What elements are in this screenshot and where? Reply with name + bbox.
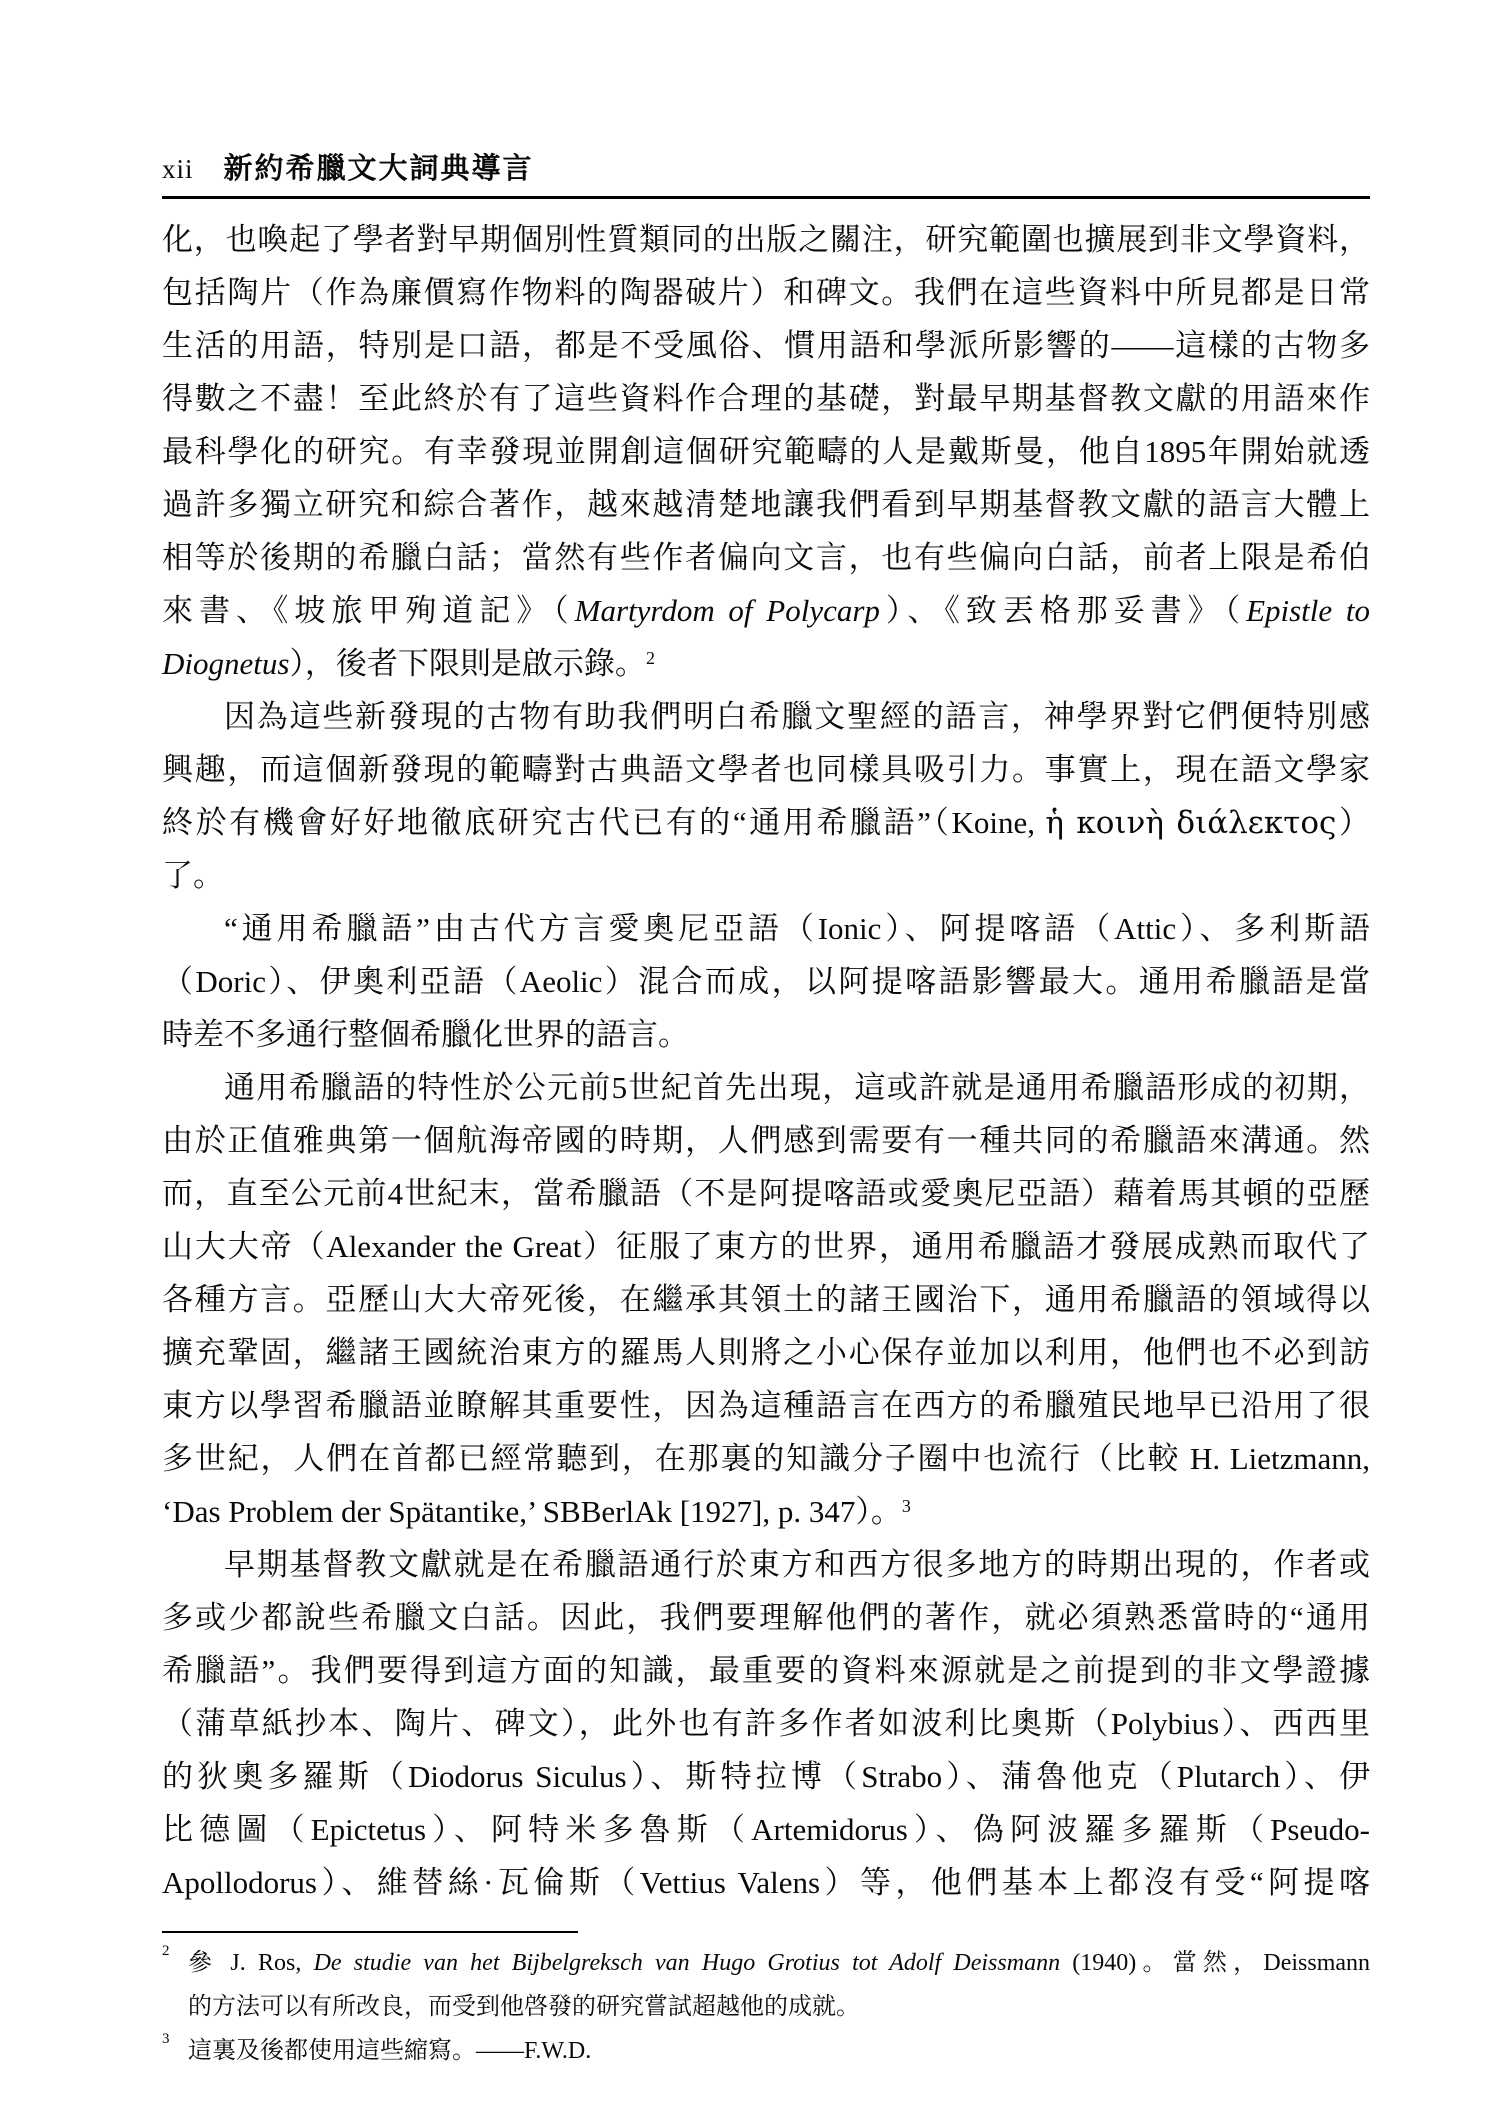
text-line: 多或少都說些希臘文白話。因此，我們要理解他們的著作，就必須熟悉當時的“通用	[162, 1591, 1370, 1644]
text-line: 參 J. Ros, De studie van het Bijbelgreksc…	[188, 1941, 1370, 1985]
text-segment: 因為這些新發現的古物有助我們明白希臘文聖經的語言，神學界對它們便特別感	[224, 699, 1370, 734]
text-segment: 的狄奧多羅斯（Diodorus Siculus）、斯特拉博（Strabo）、蒲魯…	[162, 1759, 1370, 1794]
running-header: xii 新約希臘文大詞典導言	[162, 146, 1370, 199]
text-line: 擴充鞏固，繼諸王國統治東方的羅馬人則將之小心保存並加以利用，他們也不必到訪	[162, 1326, 1370, 1379]
text-segment: 終於有機會好好地徹底研究古代已有的“通用希臘語”（Koine,	[162, 805, 1045, 840]
text-line: ‘Das Problem der Spätantike,’ SBBerlAk […	[162, 1485, 1370, 1538]
text-segment: 山大大帝（Alexander the Great）征服了東方的世界，通用希臘語才…	[162, 1229, 1370, 1264]
text-segment: 化，也喚起了學者對早期個別性質類同的出版之關注，研究範圍也擴展到非文學資料，	[162, 222, 1370, 257]
footnote: 2參 J. Ros, De studie van het Bijbelgreks…	[162, 1941, 1370, 2029]
text-segment: Diognetus	[162, 646, 289, 681]
text-segment: 擴充鞏固，繼諸王國統治東方的羅馬人則將之小心保存並加以利用，他們也不必到訪	[162, 1335, 1370, 1370]
text-line: 過許多獨立研究和綜合著作，越來越清楚地讓我們看到早期基督教文獻的語言大體上	[162, 478, 1370, 531]
text-segment: 的方法可以有所改良，而受到他啓發的研究嘗試超越他的成就。	[188, 1994, 860, 2020]
text-segment: De studie van het Bijbelgreksch van Hugo…	[314, 1950, 1061, 1976]
text-line: 的方法可以有所改良，而受到他啓發的研究嘗試超越他的成就。	[188, 1985, 1370, 2029]
text-line: 希臘語”。我們要得到這方面的知識，最重要的資料來源就是之前提到的非文學證據	[162, 1644, 1370, 1697]
document-title: 新約希臘文大詞典導言	[224, 146, 534, 187]
paragraph: 通用希臘語的特性於公元前5世紀首先出現，這或許就是通用希臘語形成的初期，由於正值…	[162, 1061, 1370, 1538]
text-segment: ）	[1336, 805, 1370, 840]
paragraph: 早期基督教文獻就是在希臘語通行於東方和西方很多地方的時期出現的，作者或多或少都說…	[162, 1538, 1370, 1909]
text-segment: 比德圖（Epictetus）、阿特米多魯斯（Artemidorus）、偽阿波羅多…	[162, 1812, 1370, 1847]
text-line: 來書、《坡旅甲殉道記》（Martyrdom of Polycarp）、《致丟格那…	[162, 584, 1370, 637]
text-segment: 相等於後期的希臘白話；當然有些作者偏向文言，也有些偏向白話，前者上限是希伯	[162, 540, 1370, 575]
body-text: 化，也喚起了學者對早期個別性質類同的出版之關注，研究範圍也擴展到非文學資料，包括…	[162, 213, 1370, 1909]
text-segment: 希臘語”。我們要得到這方面的知識，最重要的資料來源就是之前提到的非文學證據	[162, 1653, 1370, 1688]
text-line: 興趣，而這個新發現的範疇對古典語文學者也同樣具吸引力。事實上，現在語文學家	[162, 743, 1370, 796]
text-segment: 來書、《坡旅甲殉道記》（	[162, 593, 575, 628]
text-line: Diognetus），後者下限則是啟示錄。2	[162, 637, 1370, 690]
footnote-marker: 3	[162, 2031, 170, 2048]
text-segment: Martyrdom of Polycarp	[575, 593, 880, 628]
text-segment: 參 J. Ros,	[188, 1950, 314, 1976]
paragraph: “通用希臘語”由古代方言愛奧尼亞語（Ionic）、阿提喀語（Attic）、多利斯…	[162, 902, 1370, 1061]
text-line: 了。	[162, 849, 1370, 902]
text-segment: （蒲草紙抄本、陶片、碑文），此外也有許多作者如波利比奧斯（Polybius）、西…	[162, 1706, 1370, 1741]
text-segment: (1940)。當然，Deissmann	[1060, 1950, 1370, 1976]
paragraph: 因為這些新發現的古物有助我們明白希臘文聖經的語言，神學界對它們便特別感興趣，而這…	[162, 690, 1370, 902]
text-segment: 由於正值雅典第一個航海帝國的時期，人們感到需要有一種共同的希臘語來溝通。然	[162, 1123, 1370, 1158]
page-number: xii	[162, 154, 194, 185]
text-segment: 這裏及後都使用這些縮寫。——F.W.D.	[188, 2038, 591, 2064]
text-segment: Apollodorus）、維替絲·瓦倫斯（Vettius Valens）等，他們…	[162, 1865, 1370, 1900]
text-segment: “通用希臘語”由古代方言愛奧尼亞語（Ionic）、阿提喀語（Attic）、多利斯…	[224, 911, 1370, 946]
footnote: 3這裏及後都使用這些縮寫。——F.W.D.	[162, 2029, 1370, 2073]
paragraph: 化，也喚起了學者對早期個別性質類同的出版之關注，研究範圍也擴展到非文學資料，包括…	[162, 213, 1370, 690]
text-segment: 生活的用語，特別是口語，都是不受風俗、慣用語和學派所影響的——這樣的古物多	[162, 328, 1370, 363]
text-segment: 了。	[162, 858, 224, 893]
text-line: 包括陶片（作為廉價寫作物料的陶器破片）和碑文。我們在這些資料中所見都是日常	[162, 266, 1370, 319]
text-line: 山大大帝（Alexander the Great）征服了東方的世界，通用希臘語才…	[162, 1220, 1370, 1273]
text-line: 而，直至公元前4世紀末，當希臘語（不是阿提喀語或愛奧尼亞語）藉着馬其頓的亞歷	[162, 1167, 1370, 1220]
text-segment: 最科學化的研究。有幸發現並開創這個研究範疇的人是戴斯曼，他自1895年開始就透	[162, 434, 1370, 469]
text-line: 化，也喚起了學者對早期個別性質類同的出版之關注，研究範圍也擴展到非文學資料，	[162, 213, 1370, 266]
text-line: 最科學化的研究。有幸發現並開創這個研究範疇的人是戴斯曼，他自1895年開始就透	[162, 425, 1370, 478]
text-segment: 通用希臘語的特性於公元前5世紀首先出現，這或許就是通用希臘語形成的初期，	[224, 1070, 1370, 1105]
footnote-separator	[162, 1931, 578, 1933]
text-line: 由於正值雅典第一個航海帝國的時期，人們感到需要有一種共同的希臘語來溝通。然	[162, 1114, 1370, 1167]
text-segment: 各種方言。亞歷山大大帝死後，在繼承其領土的諸王國治下，通用希臘語的領域得以	[162, 1282, 1370, 1317]
text-segment: 而，直至公元前4世紀末，當希臘語（不是阿提喀語或愛奧尼亞語）藉着馬其頓的亞歷	[162, 1176, 1370, 1211]
text-segment: 時差不多通行整個希臘化世界的語言。	[162, 1017, 689, 1052]
text-column: xii 新約希臘文大詞典導言 化，也喚起了學者對早期個別性質類同的出版之關注，研…	[162, 146, 1370, 2073]
text-line: 多世紀，人們在首都已經常聽到，在那裏的知識分子圈中也流行（比較 H. Lietz…	[162, 1432, 1370, 1485]
text-segment: 興趣，而這個新發現的範疇對古典語文學者也同樣具吸引力。事實上，現在語文學家	[162, 752, 1370, 787]
text-line: 各種方言。亞歷山大大帝死後，在繼承其領土的諸王國治下，通用希臘語的領域得以	[162, 1273, 1370, 1326]
text-line: Apollodorus）、維替絲·瓦倫斯（Vettius Valens）等，他們…	[162, 1856, 1370, 1909]
text-segment: 得數之不盡！至此終於有了這些資料作合理的基礎，對最早期基督教文獻的用語來作	[162, 381, 1370, 416]
text-line: 終於有機會好好地徹底研究古代已有的“通用希臘語”（Koine, ἡ κοινὴ …	[162, 796, 1370, 849]
footnote-section: 2參 J. Ros, De studie van het Bijbelgreks…	[162, 1941, 1370, 2073]
text-segment: ），後者下限則是啟示錄。	[289, 646, 646, 681]
text-segment: 早期基督教文獻就是在希臘語通行於東方和西方很多地方的時期出現的，作者或	[224, 1547, 1370, 1582]
text-line: 時差不多通行整個希臘化世界的語言。	[162, 1008, 1370, 1061]
text-line: 東方以學習希臘語並瞭解其重要性，因為這種語言在西方的希臘殖民地早已沿用了很	[162, 1379, 1370, 1432]
text-segment: 多或少都說些希臘文白話。因此，我們要理解他們的著作，就必須熟悉當時的“通用	[162, 1600, 1370, 1635]
text-segment: ἡ κοινὴ διάλεκτος	[1045, 805, 1336, 841]
text-line: “通用希臘語”由古代方言愛奧尼亞語（Ionic）、阿提喀語（Attic）、多利斯…	[162, 902, 1370, 955]
footnote-reference: 3	[902, 1496, 911, 1516]
text-line: 比德圖（Epictetus）、阿特米多魯斯（Artemidorus）、偽阿波羅多…	[162, 1803, 1370, 1856]
text-line: 相等於後期的希臘白話；當然有些作者偏向文言，也有些偏向白話，前者上限是希伯	[162, 531, 1370, 584]
document-page: xii 新約希臘文大詞典導言 化，也喚起了學者對早期個別性質類同的出版之關注，研…	[0, 0, 1500, 2105]
text-line: 這裏及後都使用這些縮寫。——F.W.D.	[188, 2029, 1370, 2073]
text-segment: 包括陶片（作為廉價寫作物料的陶器破片）和碑文。我們在這些資料中所見都是日常	[162, 275, 1370, 310]
text-line: 早期基督教文獻就是在希臘語通行於東方和西方很多地方的時期出現的，作者或	[162, 1538, 1370, 1591]
text-line: （Doric）、伊奧利亞語（Aeolic）混合而成，以阿提喀語影響最大。通用希臘…	[162, 955, 1370, 1008]
footnote-reference: 2	[646, 648, 655, 668]
text-segment: （Doric）、伊奧利亞語（Aeolic）混合而成，以阿提喀語影響最大。通用希臘…	[162, 964, 1370, 999]
text-segment: 過許多獨立研究和綜合著作，越來越清楚地讓我們看到早期基督教文獻的語言大體上	[162, 487, 1370, 522]
text-segment: ）、《致丟格那妥書》（	[880, 593, 1246, 628]
footnote-marker: 2	[162, 1943, 170, 1960]
text-line: 得數之不盡！至此終於有了這些資料作合理的基礎，對最早期基督教文獻的用語來作	[162, 372, 1370, 425]
text-line: 的狄奧多羅斯（Diodorus Siculus）、斯特拉博（Strabo）、蒲魯…	[162, 1750, 1370, 1803]
text-segment: 多世紀，人們在首都已經常聽到，在那裏的知識分子圈中也流行（比較 H. Lietz…	[162, 1441, 1370, 1476]
text-line: （蒲草紙抄本、陶片、碑文），此外也有許多作者如波利比奧斯（Polybius）、西…	[162, 1697, 1370, 1750]
text-segment: ‘Das Problem der Spätantike,’ SBBerlAk […	[162, 1494, 902, 1529]
text-line: 因為這些新發現的古物有助我們明白希臘文聖經的語言，神學界對它們便特別感	[162, 690, 1370, 743]
text-line: 通用希臘語的特性於公元前5世紀首先出現，這或許就是通用希臘語形成的初期，	[162, 1061, 1370, 1114]
text-segment: 東方以學習希臘語並瞭解其重要性，因為這種語言在西方的希臘殖民地早已沿用了很	[162, 1388, 1370, 1423]
text-segment: Epistle to	[1246, 593, 1370, 628]
text-line: 生活的用語，特別是口語，都是不受風俗、慣用語和學派所影響的——這樣的古物多	[162, 319, 1370, 372]
